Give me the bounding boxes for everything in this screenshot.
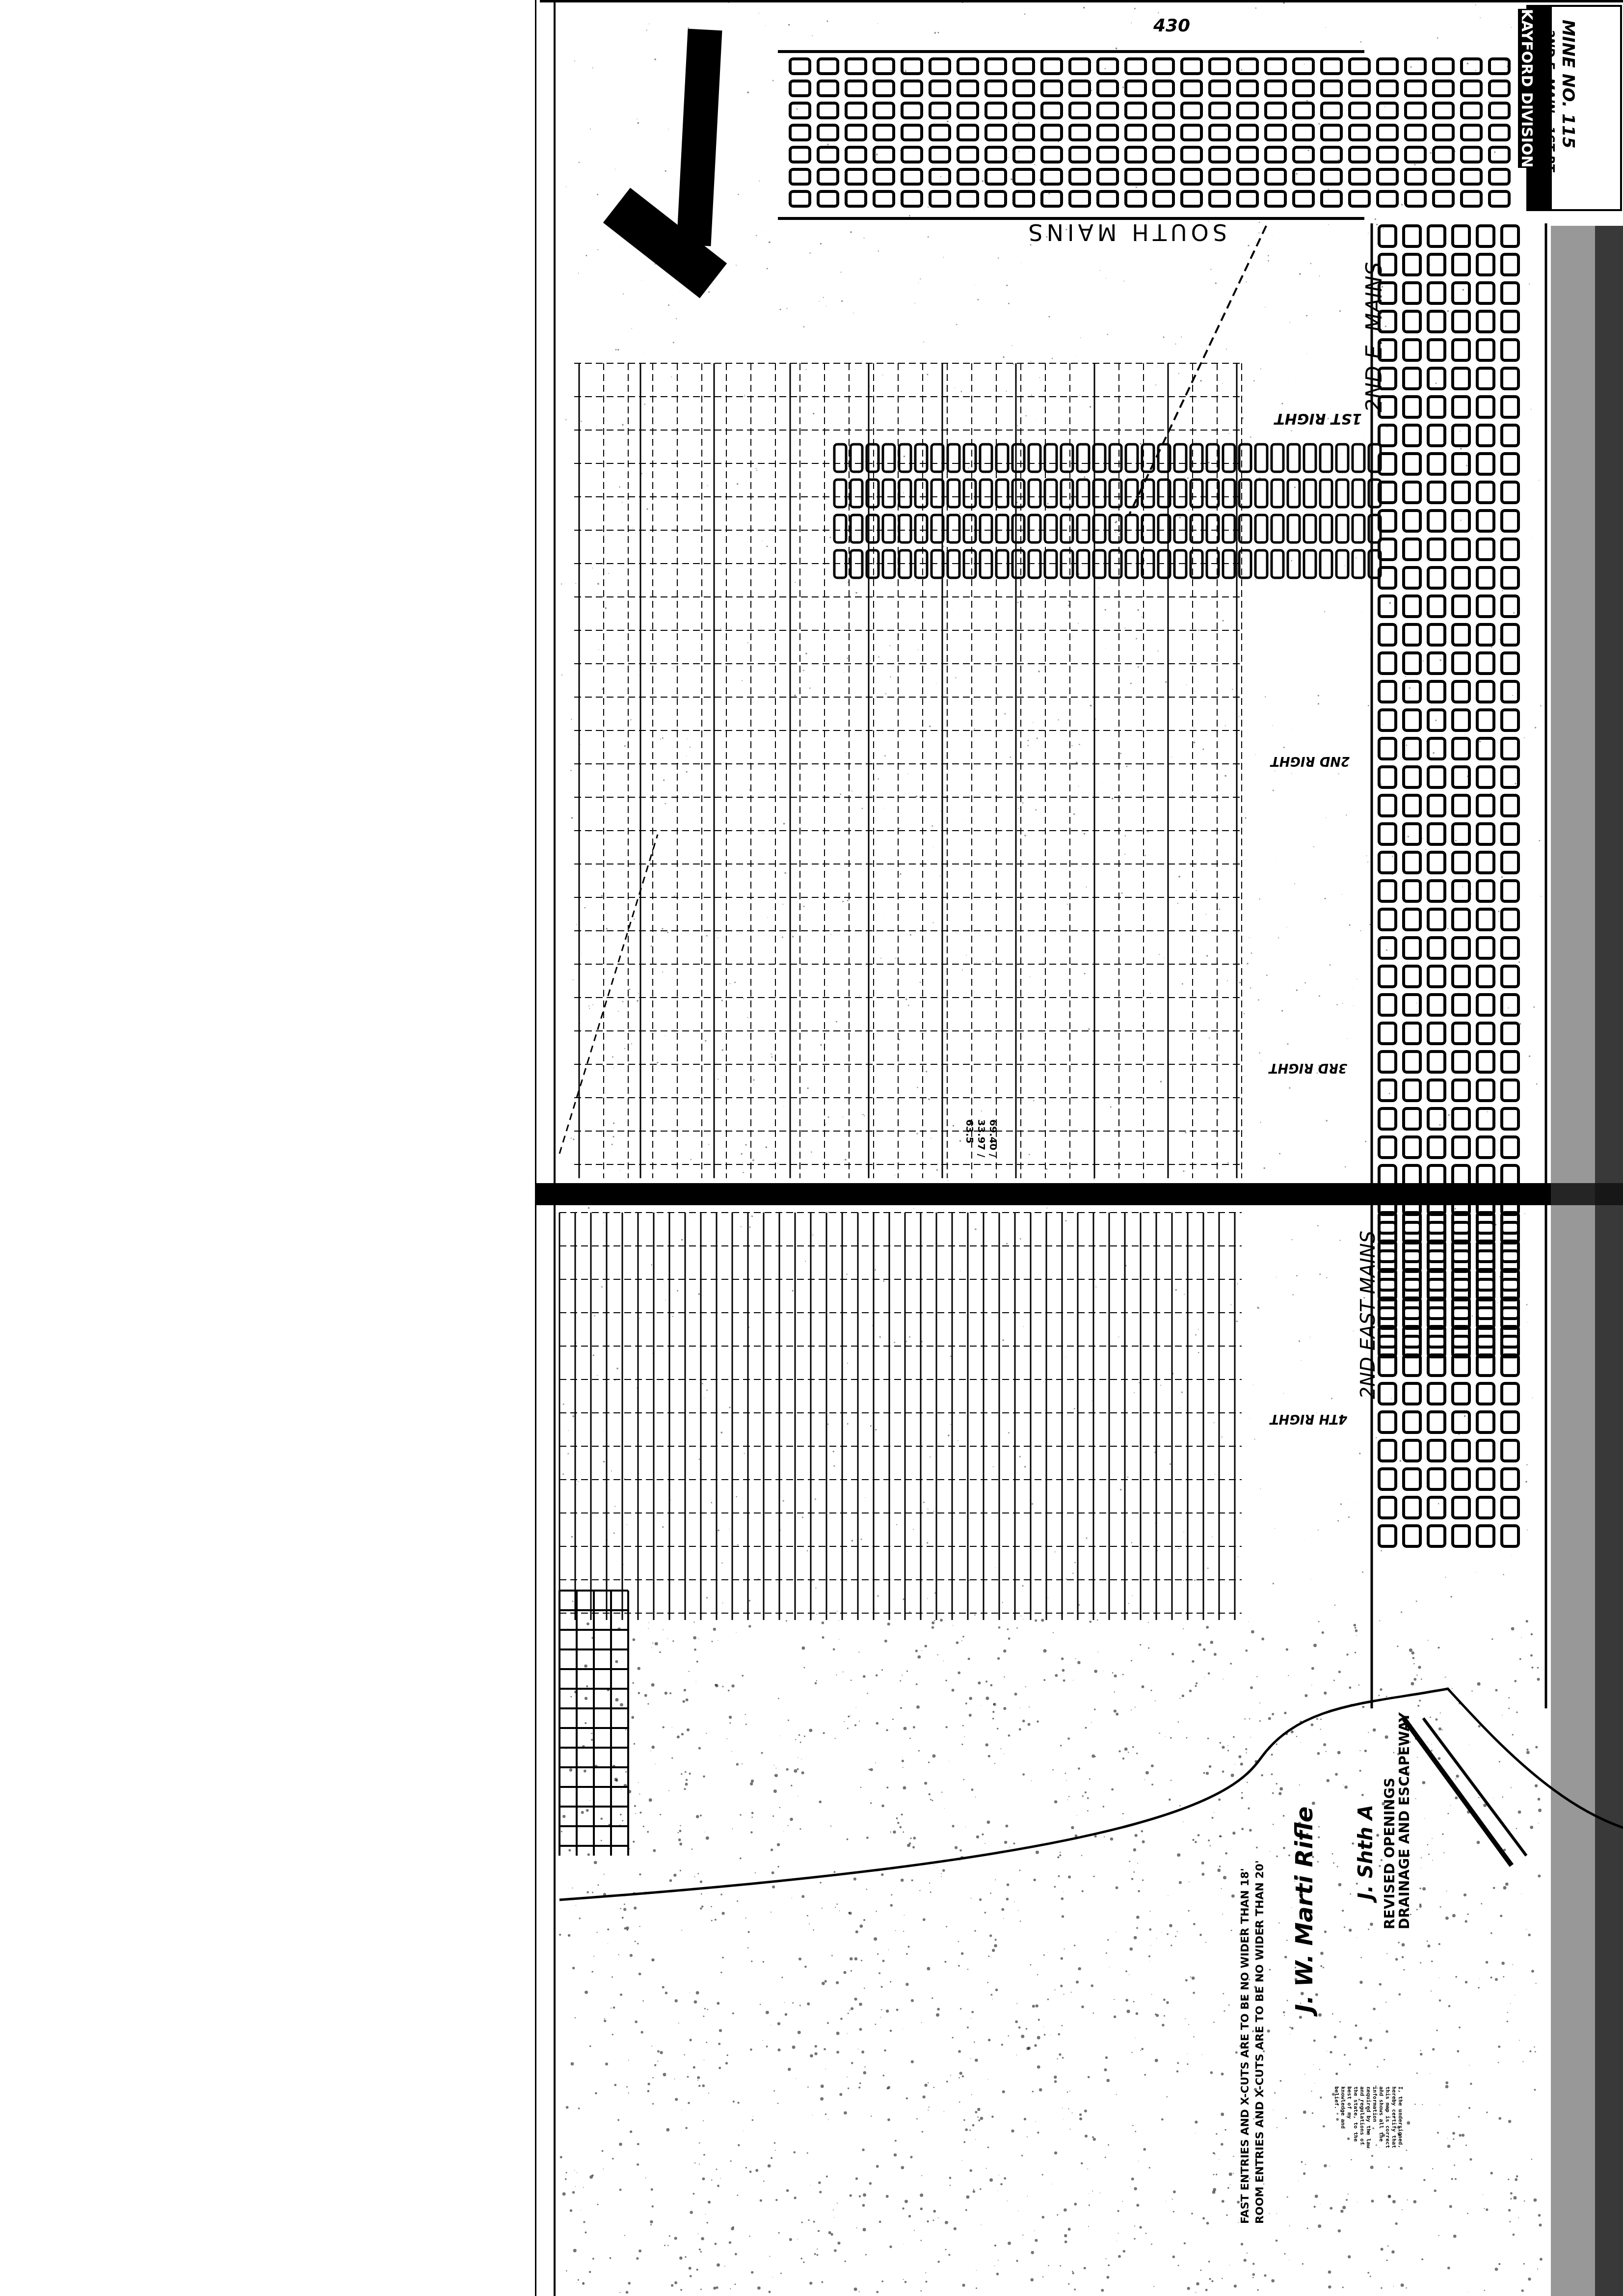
label-2nd-right: 2ND RIGHT (1271, 754, 1350, 768)
section-name: 2ND E. MAIN - 1ST RT. (1543, 29, 1557, 174)
note-room-entries-width: ROOM ENTRIES AND X-CUTS ARE TO BE NO WID… (1254, 1860, 1266, 2224)
note-entries-width: FAST ENTRIES AND X-CUTS ARE TO BE NO WID… (1239, 1868, 1251, 2224)
label-2nd-e-mains: 2ND E. MAINS (1362, 262, 1387, 412)
division-title: KAYFORD DIVISION (1518, 9, 1535, 168)
signature-1: J. W. Marti Rifle (1291, 1807, 1318, 2013)
revision-note-1: REVISED OPENINGS (1382, 1778, 1398, 1929)
survey-note: 69.40 / 33.97 / 63.5 (964, 1119, 999, 1159)
blank-scan-margin (0, 0, 535, 2296)
mine-number: MINE NO. 115 (1558, 20, 1578, 148)
certification-statement: I, the undersigned, hereby certify that … (1271, 2086, 1404, 2150)
label-3rd-right: 3RD RIGHT (1269, 1060, 1347, 1075)
label-1st-right: 1ST RIGHT (1275, 410, 1362, 427)
revision-note-2: DRAINAGE AND ESCAPEWAY (1396, 1712, 1412, 1929)
label-4th-right: 4TH RIGHT (1270, 1411, 1347, 1426)
mine-map-sheet (535, 0, 1623, 2296)
label-2nd-east-mains: 2ND EAST MAINS (1357, 1231, 1380, 1399)
label-south-mains: SOUTH MAINS (1024, 219, 1227, 245)
mine-map-drawing (535, 0, 1623, 2296)
signature-2: J. Shth A (1355, 1805, 1377, 1900)
label-top-elevation: 430 (1153, 16, 1190, 36)
